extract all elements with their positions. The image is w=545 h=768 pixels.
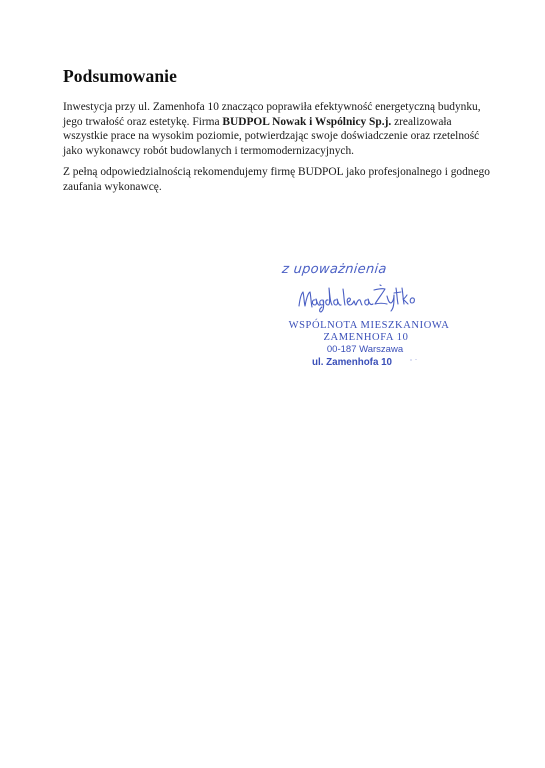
section-heading: Podsumowanie [63, 66, 177, 87]
recommendation-paragraph: Z pełną odpowiedzialnością rekomendujemy… [63, 165, 503, 194]
handwritten-signature: Magdalena Żytko [296, 280, 416, 314]
summary-line-2: jego trwałość oraz estetykę. Firma BUDPO… [63, 115, 503, 130]
summary-line-2-post: zrealizowała [391, 116, 451, 128]
recommendation-line-1: Z pełną odpowiedzialnością rekomendujemy… [63, 165, 503, 180]
summary-line-1: Inwestycja przy ul. Zamenhofa 10 znacząc… [63, 100, 503, 115]
document-page: Podsumowanie Inwestycja przy ul. Zamenho… [0, 0, 545, 768]
summary-line-2-pre: jego trwałość oraz estetykę. Firma [63, 116, 222, 128]
summary-line-4: jako wykonawcy robót budowlanych i termo… [63, 144, 503, 159]
company-name: BUDPOL Nowak i Wspólnicy Sp.j. [222, 116, 391, 128]
stamp-line-4: ul. Zamenhofa 10 [250, 356, 454, 369]
summary-paragraph: Inwestycja przy ul. Zamenhofa 10 znacząc… [63, 100, 503, 158]
authorization-note: z upoważnienia [281, 262, 387, 277]
recommendation-line-2: zaufania wykonawcę. [63, 180, 503, 195]
stamp-line-3: 00-187 Warszawa [276, 344, 454, 356]
community-stamp: WSPÓLNOTA MIESZKANIOWA ZAMENHOFA 10 00-1… [284, 320, 454, 369]
summary-line-3: wszystkie prace na wysokim poziomie, pot… [63, 129, 503, 144]
stamp-line-1: WSPÓLNOTA MIESZKANIOWA [284, 320, 454, 332]
stamp-line-2: ZAMENHOFA 10 [278, 332, 454, 344]
stamp-ink-dots-icon [410, 358, 418, 362]
signature-block: z upoważnienia Magdalena Żytko WSPÓLNOTA… [270, 258, 460, 378]
